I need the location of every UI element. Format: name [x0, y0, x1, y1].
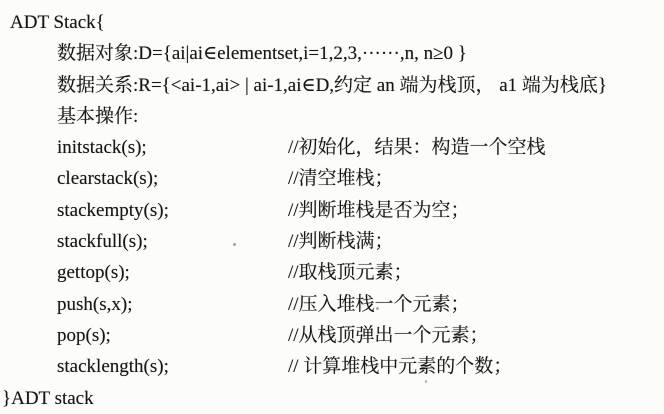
data-relation-declaration: 数据关系:R={<ai-1,ai> | ai-1,ai∈D,约定 an 端为栈顶…	[0, 70, 664, 101]
operation-signature: stackfull(s);	[57, 226, 288, 257]
operation-row-stackfull: stackfull(s); //判断栈满；	[0, 226, 664, 257]
operation-comment: //判断堆栈是否为空；	[288, 195, 664, 226]
adt-footer: }ADT stack	[0, 383, 664, 414]
operation-signature: clearstack(s);	[57, 163, 288, 194]
basic-operations-heading: 基本操作:	[0, 101, 664, 132]
operation-signature: stacklength(s);	[57, 351, 288, 382]
operation-comment: //取栈顶元素；	[288, 257, 664, 288]
operation-row-push: push(s,x); //压入堆栈一个元素；	[0, 289, 664, 320]
operation-comment: //从栈顶弹出一个元素；	[288, 320, 664, 351]
operation-row-stacklength: stacklength(s); // 计算堆栈中元素的个数；	[0, 351, 664, 382]
scan-noise-dot	[376, 307, 379, 310]
operation-comment: //清空堆栈；	[288, 163, 664, 194]
data-object-declaration: 数据对象:D={ai|ai∈elementset,i=1,2,3,······,…	[0, 38, 664, 69]
operation-row-pop: pop(s); //从栈顶弹出一个元素；	[0, 320, 664, 351]
operation-row-clearstack: clearstack(s); //清空堆栈；	[0, 163, 664, 194]
document-page: ADT Stack{ 数据对象:D={ai|ai∈elementset,i=1,…	[0, 0, 664, 414]
operation-signature: push(s,x);	[57, 289, 288, 320]
operation-comment: // 计算堆栈中元素的个数；	[288, 351, 664, 382]
operation-signature: gettop(s);	[57, 257, 288, 288]
operation-comment: //判断栈满；	[288, 226, 664, 257]
operation-row-initstack: initstack(s); //初始化，结果：构造一个空栈	[0, 132, 664, 163]
operation-comment: //初始化，结果：构造一个空栈	[288, 132, 664, 163]
scan-noise-dot	[233, 243, 236, 246]
operation-comment: //压入堆栈一个元素；	[288, 289, 664, 320]
operation-signature: stackempty(s);	[57, 195, 288, 226]
operation-signature: pop(s);	[57, 320, 288, 351]
operation-row-gettop: gettop(s); //取栈顶元素；	[0, 257, 664, 288]
operation-row-stackempty: stackempty(s); //判断堆栈是否为空；	[0, 195, 664, 226]
scan-noise-dot	[425, 380, 427, 383]
adt-header: ADT Stack{	[0, 7, 664, 38]
operation-signature: initstack(s);	[57, 132, 288, 163]
